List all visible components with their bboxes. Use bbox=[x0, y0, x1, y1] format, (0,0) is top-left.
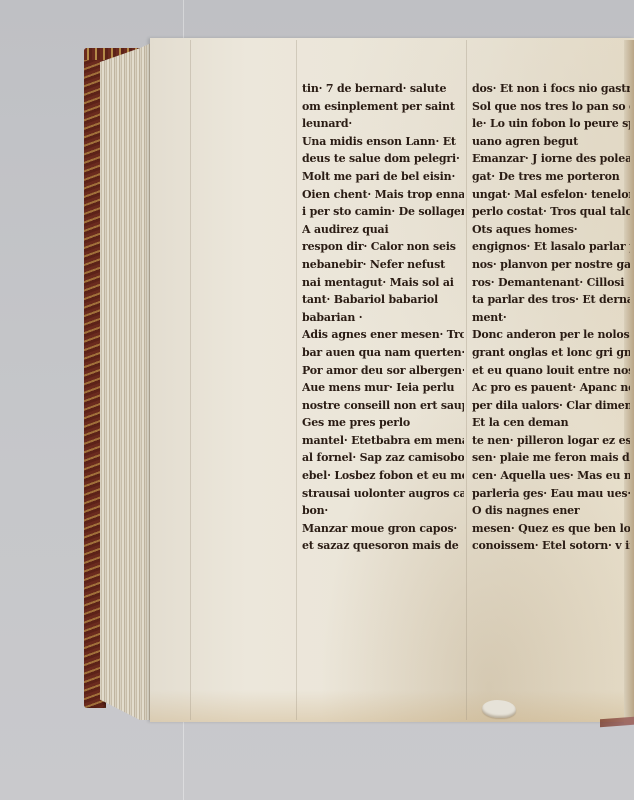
manuscript-line: deus te salue dom pelegri· bbox=[302, 150, 464, 168]
manuscript-line: tin· 7 de bernard· salute bbox=[302, 80, 464, 98]
manuscript-line: nebanebir· Nefer nefust bbox=[302, 256, 464, 274]
manuscript-line: Ges me pres perlo bbox=[302, 414, 464, 432]
manuscript-line: gat· De tres me porteron bbox=[472, 168, 630, 186]
manuscript-line: nos· planvon per nostre gar bbox=[472, 256, 630, 274]
margin-ruling-line bbox=[190, 40, 191, 720]
manuscript-line: engignos· Et lasalo parlar p bbox=[472, 238, 630, 256]
manuscript-line: leunard· bbox=[302, 115, 464, 133]
manuscript-line: conoissem· Etel sotorn· v iiii· bbox=[472, 537, 630, 555]
manuscript-line: et eu quano louit entre nos· bbox=[472, 362, 630, 380]
manuscript-line: al fornel· Sap zaz camisobon bbox=[302, 449, 464, 467]
manuscript-line: om esinplement per saint bbox=[302, 98, 464, 116]
manuscript-line: Adis agnes ener mesen· Tro bbox=[302, 326, 464, 344]
column-ruling-line bbox=[466, 40, 467, 720]
manuscript-line: le· Lo uin fobon lo peure spes bbox=[472, 115, 630, 133]
manuscript-line: et sazaz quesoron mais de bbox=[302, 537, 464, 555]
manuscript-line: uano agren begut bbox=[472, 133, 630, 151]
manuscript-line: Sol que nos tres lo pan so du bbox=[472, 98, 630, 116]
manuscript-line: Molt me pari de bel eisin· bbox=[302, 168, 464, 186]
manuscript-line: respon dir· Calor non seis bbox=[302, 238, 464, 256]
manuscript-line: Ac pro es pauent· Apanc non bbox=[472, 379, 630, 397]
manuscript-line: strausai uolonter augros car bbox=[302, 485, 464, 503]
manuscript-line: nai mentagut· Mais sol ai bbox=[302, 274, 464, 292]
manuscript-line: babarian · bbox=[302, 309, 464, 327]
manuscript-line: i per sto camin· De sollagent· bbox=[302, 203, 464, 221]
manuscript-line: sen· plaie me feron mais de bbox=[472, 449, 630, 467]
manuscript-line: dos· Et non i focs nio gastrs bbox=[472, 80, 630, 98]
page-stain bbox=[150, 690, 634, 722]
manuscript-line: bon· bbox=[302, 502, 464, 520]
manuscript-line: Por amor deu sor albergen· bbox=[302, 362, 464, 380]
manuscript-line: ungat· Mal esfelon· tenelom bbox=[472, 186, 630, 204]
manuscript-line: bar auen qua nam querten· bbox=[302, 344, 464, 362]
manuscript-line: nostre conseill non ert saupu· bbox=[302, 397, 464, 415]
manuscript-line: Oien chent· Mais trop enna bbox=[302, 186, 464, 204]
manuscript-line: Emanzar· J iorne des polealir bbox=[472, 150, 630, 168]
manuscript-line: mantel· Etetbabra em mena bbox=[302, 432, 464, 450]
manuscript-line: ros· Demantenant· Cillosi bbox=[472, 274, 630, 292]
manuscript-line: Et la cen deman bbox=[472, 414, 630, 432]
manuscript-line: A audirez quai bbox=[302, 221, 464, 239]
manuscript-line: ebel· Losbez fobon et eu me bbox=[302, 467, 464, 485]
text-column-left: tin· 7 de bernard· saluteom esinplement … bbox=[302, 80, 464, 555]
manuscript-line: Aue mens mur· Ieia perlu bbox=[302, 379, 464, 397]
column-ruling-line bbox=[296, 40, 297, 720]
manuscript-line: tant· Babariol babariol bbox=[302, 291, 464, 309]
manuscript-line: ta parlar des tros· Et derna bbox=[472, 291, 630, 309]
manuscript-line: parleria ges· Eau mau ues· bbox=[472, 485, 630, 503]
manuscript-line: O dis nagnes ener bbox=[472, 502, 630, 520]
manuscript-line: Una midis enson Lann· Et bbox=[302, 133, 464, 151]
manuscript-line: ment· bbox=[472, 309, 630, 327]
text-column-right: dos· Et non i focs nio gastrsSol que nos… bbox=[472, 80, 630, 555]
manuscript-line: perlo costat· Tros qual talon bbox=[472, 203, 630, 221]
manuscript-line: Manzar moue gron capos· bbox=[302, 520, 464, 538]
manuscript-line: Ots aques homes· bbox=[472, 221, 630, 239]
manuscript-line: Donc anderon per le nolos· gi bbox=[472, 326, 630, 344]
manuscript-line: mesen· Quez es que ben lo bbox=[472, 520, 630, 538]
manuscript-line: cen· Aquella ues· Mas eu non bbox=[472, 467, 630, 485]
manuscript-line: per dila ualors· Clar diment· bbox=[472, 397, 630, 415]
manuscript-line: grant onglas et lonc gri gnos· bbox=[472, 344, 630, 362]
manuscript-line: te nen· pilleron logar ez esfoi bbox=[472, 432, 630, 450]
parchment-hole bbox=[482, 700, 516, 718]
